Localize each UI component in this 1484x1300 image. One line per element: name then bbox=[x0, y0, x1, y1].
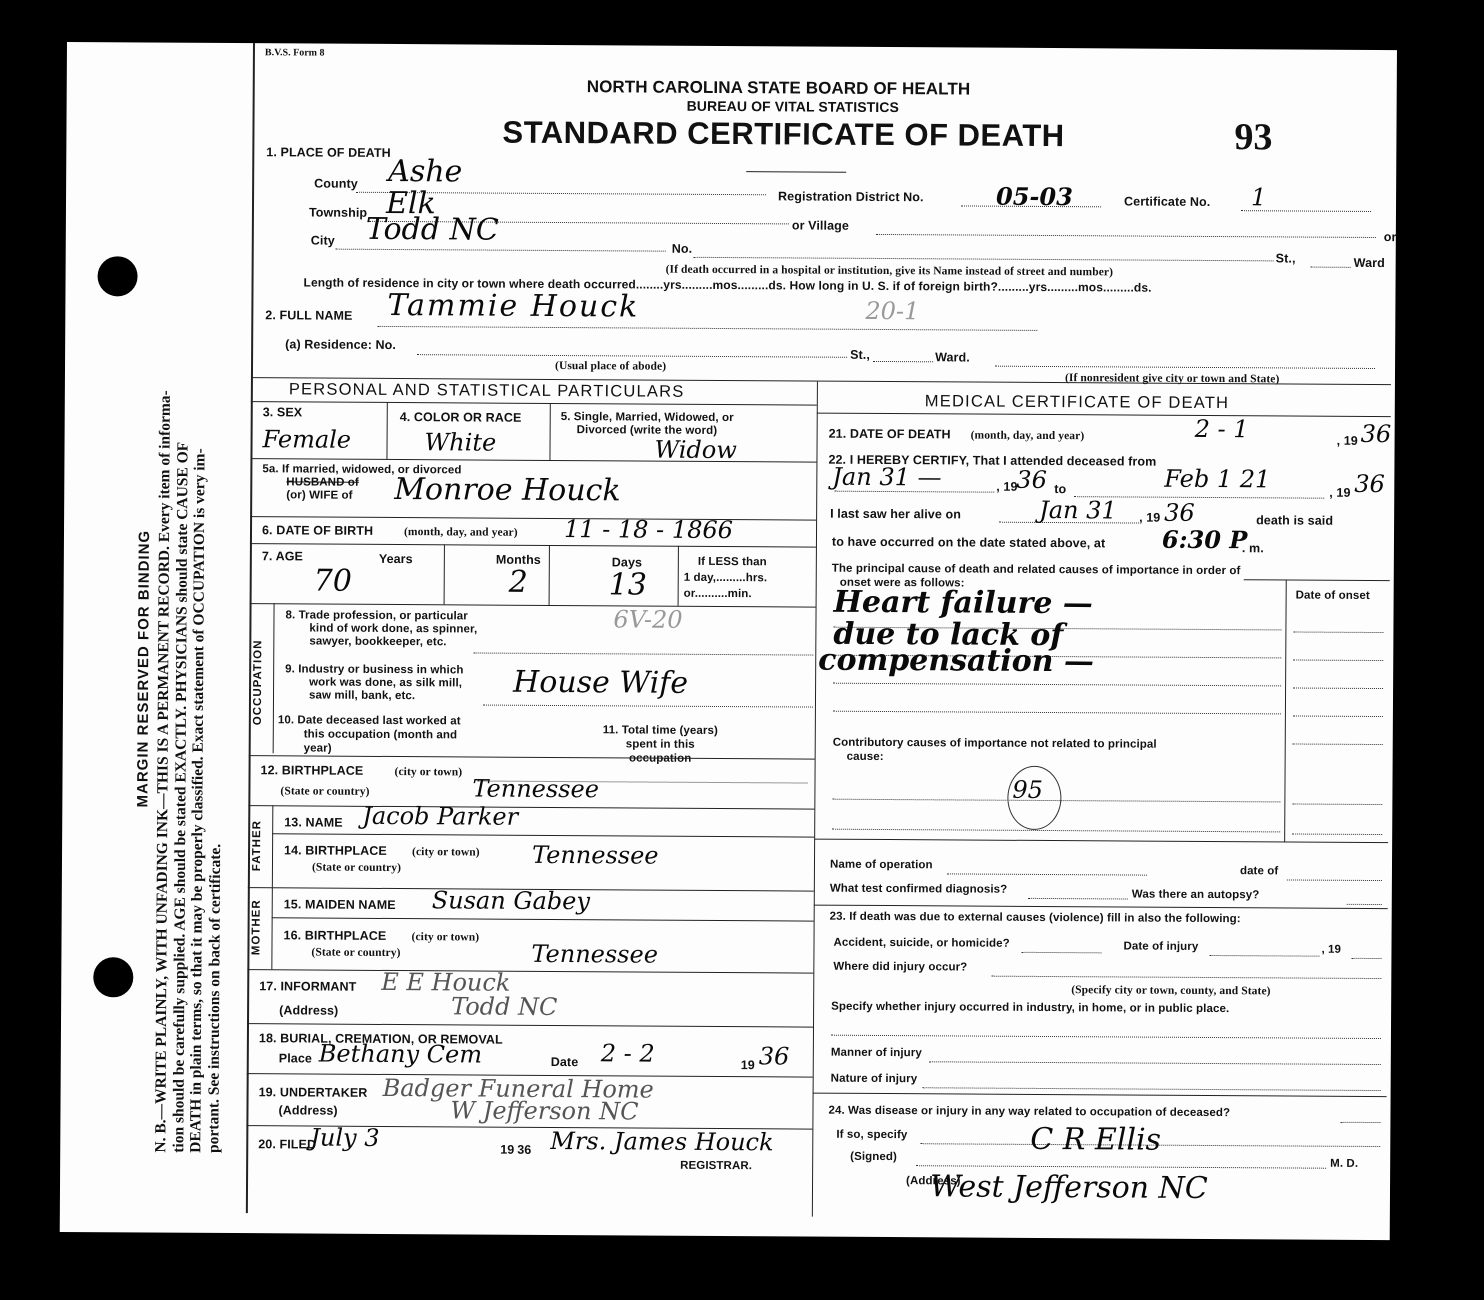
full-name-label: 2. FULL NAME bbox=[265, 308, 352, 323]
birthplace-state-hint: (State or country) bbox=[280, 785, 369, 798]
spouse-label-wife: (or) WIFE of bbox=[286, 489, 352, 501]
village-label: or Village bbox=[792, 218, 849, 232]
age-label: 7. AGE bbox=[262, 549, 303, 563]
burial-year-value[interactable]: 36 bbox=[759, 1042, 790, 1070]
father-birthplace-city-hint: (city or town) bbox=[412, 846, 480, 858]
to-year-value[interactable]: 36 bbox=[1354, 470, 1385, 498]
registrar-label: REGISTRAR. bbox=[680, 1160, 752, 1172]
race-label: 4. COLOR OR RACE bbox=[400, 410, 522, 425]
specify-place-label: Specify whether injury occurred in indus… bbox=[831, 1001, 1229, 1015]
contributory-label-1: Contributory causes of importance not re… bbox=[833, 737, 1157, 751]
punch-hole-bottom bbox=[93, 957, 133, 997]
mother-maiden-label: 15. MAIDEN NAME bbox=[284, 897, 396, 912]
personal-header: PERSONAL AND STATISTICAL PARTICULARS bbox=[289, 380, 685, 401]
physician-address-value[interactable]: West Jefferson NC bbox=[930, 1169, 1208, 1206]
city-label: City bbox=[311, 233, 335, 247]
occurred-label: to have occurred on the date stated abov… bbox=[832, 535, 1105, 551]
binding-margin-label: MARGIN RESERVED FOR BINDING bbox=[134, 530, 153, 808]
certificate-no-label: Certificate No. bbox=[1124, 194, 1210, 209]
to-year-prefix: , 19 bbox=[1329, 486, 1350, 500]
physician-signature[interactable]: C R Ellis bbox=[1030, 1122, 1161, 1158]
trade-annotation: 6V-20 bbox=[613, 605, 682, 633]
contributory-label-2: cause: bbox=[847, 751, 884, 763]
or-label: or bbox=[1384, 230, 1397, 244]
trade-label: 8. Trade profession, or particular kind … bbox=[285, 609, 477, 649]
operation-date-label: date of bbox=[1240, 865, 1278, 877]
township-label: Township bbox=[309, 205, 367, 219]
injury-year-label: , 19 bbox=[1321, 944, 1341, 956]
father-birthplace-label: 14. BIRTHPLACE bbox=[284, 843, 387, 858]
full-name-value[interactable]: Tammie Houck bbox=[387, 288, 639, 325]
date-of-onset-label: Date of onset bbox=[1296, 590, 1370, 602]
cause-line-3[interactable]: compensation — bbox=[818, 643, 1094, 680]
autopsy-label: Was there an autopsy? bbox=[1132, 889, 1260, 902]
death-certificate-sheet: MARGIN RESERVED FOR BINDING N. B.—WRITE … bbox=[60, 42, 1397, 1240]
specify-city-note: (Specify city or town, county, and State… bbox=[1071, 984, 1270, 997]
undertaker-address-value[interactable]: W Jefferson NC bbox=[450, 1096, 638, 1125]
to-label: to bbox=[1054, 482, 1066, 496]
punch-hole-top bbox=[97, 256, 137, 296]
form-code: B.V.S. Form 8 bbox=[265, 47, 325, 58]
age-years-label: Years bbox=[379, 552, 413, 566]
last-saw-label: I last saw her alive on bbox=[830, 507, 961, 522]
father-birthplace-value[interactable]: Tennessee bbox=[532, 841, 659, 870]
certificate-title: STANDARD CERTIFICATE OF DEATH bbox=[502, 115, 1064, 154]
occupation-side-label: OCCUPATION bbox=[252, 640, 265, 726]
operation-label: Name of operation bbox=[830, 859, 933, 872]
race-value[interactable]: White bbox=[424, 428, 496, 456]
cause-line-1[interactable]: Heart failure — bbox=[833, 585, 1092, 622]
accident-label: Accident, suicide, or homicide? bbox=[833, 937, 1009, 950]
attended-from-value[interactable]: Jan 31 — bbox=[832, 463, 941, 492]
mother-side-label: MOTHER bbox=[250, 899, 262, 955]
less-label-1: If LESS than bbox=[698, 556, 767, 568]
mother-birthplace-value[interactable]: Tennessee bbox=[531, 940, 658, 969]
test-label: What test confirmed diagnosis? bbox=[830, 883, 1008, 896]
spouse-value[interactable]: Monroe Houck bbox=[394, 472, 621, 508]
dob-value[interactable]: 11 - 18 - 1866 bbox=[564, 515, 733, 544]
burial-year-prefix: 19 bbox=[741, 1058, 755, 1072]
registrar-signature[interactable]: Mrs. James Houck bbox=[550, 1127, 773, 1156]
residence-st-label: St., bbox=[850, 348, 870, 362]
birthplace-value[interactable]: Tennessee bbox=[472, 774, 599, 803]
sex-value[interactable]: Female bbox=[262, 425, 351, 454]
mother-birthplace-state-hint: (State or country) bbox=[311, 947, 400, 960]
informant-label: 17. INFORMANT bbox=[259, 979, 356, 994]
death-said-label: death is said bbox=[1256, 513, 1333, 527]
burial-date-label: Date bbox=[551, 1055, 579, 1069]
certificate-no-value[interactable]: 1 bbox=[1251, 183, 1266, 211]
industry-label: 9. Industry or business in which work wa… bbox=[285, 663, 464, 703]
filed-label: 20. FILED bbox=[258, 1137, 316, 1151]
father-name-value[interactable]: Jacob Parker bbox=[362, 802, 518, 831]
last-worked-label: 10. Date deceased last worked at this oc… bbox=[278, 713, 461, 756]
less-label-2: 1 day,.........hrs. bbox=[684, 572, 768, 585]
dod-year-prefix: , 19 bbox=[1337, 434, 1358, 448]
from-year-prefix: , 19 bbox=[996, 480, 1017, 494]
father-side-label: FATHER bbox=[251, 820, 263, 871]
if-so-label: If so, specify bbox=[836, 1129, 907, 1141]
spouse-label-husband: HUSBAND of bbox=[286, 476, 359, 488]
agency-title: NORTH CAROLINA STATE BOARD OF HEALTH bbox=[587, 77, 971, 99]
informant-address-value[interactable]: Todd NC bbox=[451, 992, 557, 1021]
dod-hint: (month, day, and year) bbox=[971, 430, 1085, 443]
usual-abode-note: (Usual place of abode) bbox=[555, 360, 666, 373]
ward-label: Ward bbox=[1354, 256, 1385, 270]
dod-value[interactable]: 2 - 1 bbox=[1195, 415, 1249, 443]
filed-year-value[interactable]: 36 bbox=[517, 1143, 531, 1157]
mother-birthplace-city-hint: (city or town) bbox=[412, 931, 480, 943]
column-divider bbox=[812, 382, 818, 1217]
city-no-label: No. bbox=[672, 242, 693, 256]
residence-label: (a) Residence: No. bbox=[285, 337, 396, 352]
margin-instructions: N. B.—WRITE PLAINLY, WITH UNFADING INK—T… bbox=[152, 390, 227, 1153]
injury-where-label: Where did injury occur? bbox=[833, 961, 967, 974]
father-birthplace-state-hint: (State or country) bbox=[312, 862, 401, 875]
attended-to-value[interactable]: Feb 1 21 bbox=[1164, 465, 1270, 494]
full-name-annotation: 20-1 bbox=[865, 297, 919, 325]
birthplace-label: 12. BIRTHPLACE bbox=[261, 763, 364, 778]
manner-label: Manner of injury bbox=[831, 1047, 922, 1060]
stamp-number: 93 bbox=[1234, 115, 1272, 159]
from-year-value[interactable]: 36 bbox=[1016, 466, 1047, 494]
burial-date-value[interactable]: 2 - 2 bbox=[601, 1039, 655, 1067]
industry-value[interactable]: House Wife bbox=[513, 665, 688, 701]
dod-label: 21. DATE OF DEATH bbox=[829, 427, 951, 442]
injury-date-label: Date of injury bbox=[1123, 940, 1198, 952]
last-saw-year-value[interactable]: 36 bbox=[1164, 499, 1195, 527]
signed-label: (Signed) bbox=[850, 1151, 897, 1163]
principal-label-1: The principal cause of death and related… bbox=[832, 563, 1241, 577]
reg-district-value[interactable]: 05-03 bbox=[996, 182, 1073, 211]
external-causes-label: 23. If death was due to external causes … bbox=[830, 911, 1241, 926]
informant-address-label: (Address) bbox=[279, 1003, 338, 1017]
age-days-value[interactable]: 13 bbox=[609, 567, 647, 602]
occupation-related-label: 24. Was disease or injury in any way rel… bbox=[828, 1105, 1230, 1119]
residence-ward-label: Ward. bbox=[935, 350, 970, 364]
less-label-3: or..........min. bbox=[684, 588, 752, 600]
marital-label-1: 5. Single, Married, Widowed, or bbox=[561, 411, 734, 424]
death-time-value[interactable]: 6:30 P bbox=[1162, 525, 1248, 555]
medical-header: MEDICAL CERTIFICATE OF DEATH bbox=[925, 392, 1229, 413]
burial-place-label: Place bbox=[279, 1051, 312, 1065]
hospital-note: (If death occurred in a hospital or inst… bbox=[666, 264, 1114, 279]
undertaker-address-label: (Address) bbox=[278, 1103, 337, 1117]
dob-hint: (month, day, and year) bbox=[404, 526, 518, 539]
bureau-title: BUREAU OF VITAL STATISTICS bbox=[687, 98, 899, 115]
title-divider bbox=[746, 171, 846, 173]
dob-label: 6. DATE OF BIRTH bbox=[262, 523, 373, 538]
md-label: M. D. bbox=[1330, 1158, 1358, 1170]
undertaker-label: 19. UNDERTAKER bbox=[259, 1085, 368, 1100]
filed-year-prefix: 19 bbox=[500, 1143, 514, 1157]
county-label: County bbox=[314, 177, 358, 191]
death-time-suffix: . m. bbox=[1242, 541, 1264, 555]
sex-label: 3. SEX bbox=[263, 405, 303, 419]
age-years-value[interactable]: 70 bbox=[314, 564, 352, 599]
burial-place-value[interactable]: Bethany Cem bbox=[319, 1040, 482, 1069]
nature-label: Nature of injury bbox=[831, 1073, 918, 1086]
mother-maiden-value[interactable]: Susan Gabey bbox=[432, 886, 590, 915]
place-of-death-label: 1. PLACE OF DEATH bbox=[266, 145, 390, 160]
dod-year-value[interactable]: 36 bbox=[1361, 420, 1392, 448]
reg-district-label: Registration District No. bbox=[778, 189, 924, 204]
mother-birthplace-label: 16. BIRTHPLACE bbox=[284, 928, 387, 943]
age-months-value[interactable]: 2 bbox=[509, 565, 528, 600]
county-value[interactable]: Ashe bbox=[388, 154, 462, 189]
father-name-label: 13. NAME bbox=[284, 815, 343, 829]
total-time-label: 11. Total time (years) spent in this occ… bbox=[603, 723, 718, 766]
st-label: St., bbox=[1276, 251, 1296, 265]
last-saw-year-prefix: , 19 bbox=[1139, 511, 1160, 525]
last-saw-value[interactable]: Jan 31 bbox=[1039, 496, 1117, 524]
birthplace-city-hint: (city or town) bbox=[395, 766, 463, 778]
city-value[interactable]: Todd NC bbox=[366, 212, 499, 248]
form-left-border bbox=[246, 43, 255, 1213]
filed-date-value[interactable]: July 3 bbox=[310, 1124, 379, 1152]
